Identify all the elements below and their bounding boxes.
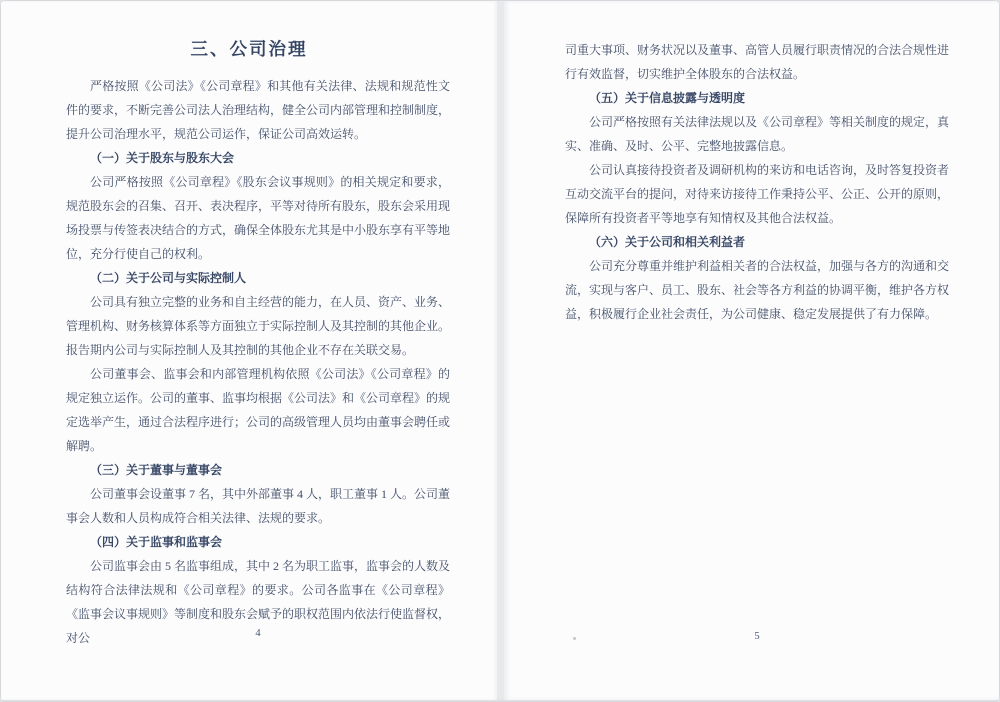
right-page-body: 司重大事项、财务状况以及董事、高管人员履行职责情况的合法合规性进行有效监督，切实… <box>565 38 949 326</box>
paragraph: 公司具有独立完整的业务和自主经营的能力，在人员、资产、业务、管理机构、财务核算体… <box>66 290 450 362</box>
paragraph: 严格按照《公司法》《公司章程》和其他有关法律、法规和规范性文件的要求，不断完善公… <box>66 74 450 146</box>
section-heading: （六）关于公司和相关利益者 <box>565 230 949 254</box>
left-page: 三、公司治理 严格按照《公司法》《公司章程》和其他有关法律、法规和规范性文件的要… <box>1 1 497 700</box>
paragraph: 公司严格按照有关法律法规以及《公司章程》等相关制度的规定，真实、准确、及时、公平… <box>565 110 949 158</box>
right-page-number: 5 <box>565 631 949 642</box>
section-heading: （一）关于股东与股东大会 <box>66 146 450 170</box>
scan-artifact-dot <box>73 637 76 640</box>
paragraph: 公司认真接待投资者及调研机构的来访和电话咨询，及时答复投资者互动交流平台的提问，… <box>565 158 949 230</box>
scan-artifact-dot <box>573 637 576 640</box>
section-heading: （二）关于公司与实际控制人 <box>66 266 450 290</box>
section-heading: （三）关于董事与董事会 <box>66 458 450 482</box>
paragraph: 公司董事会、监事会和内部管理机构依照《公司法》《公司章程》的规定独立运作。公司的… <box>66 362 450 458</box>
paragraph: 司重大事项、财务状况以及董事、高管人员履行职责情况的合法合规性进行有效监督，切实… <box>565 38 949 86</box>
document-viewer: 三、公司治理 严格按照《公司法》《公司章程》和其他有关法律、法规和规范性文件的要… <box>0 0 1000 702</box>
document-title: 三、公司治理 <box>1 36 497 61</box>
section-heading: （四）关于监事和监事会 <box>66 530 450 554</box>
left-page-body: 严格按照《公司法》《公司章程》和其他有关法律、法规和规范性文件的要求，不断完善公… <box>66 74 450 650</box>
paragraph: 公司董事会设董事 7 名，其中外部董事 4 人，职工董事 1 人。公司董事会人数… <box>66 482 450 530</box>
left-page-number: 4 <box>66 628 450 639</box>
paragraph: 公司充分尊重并维护利益相关者的合法权益，加强与各方的沟通和交流，实现与客户、员工… <box>565 254 949 326</box>
section-heading: （五）关于信息披露与透明度 <box>565 86 949 110</box>
right-page: 司重大事项、财务状况以及董事、高管人员履行职责情况的合法合规性进行有效监督，切实… <box>504 1 999 700</box>
paragraph: 公司严格按照《公司章程》《股东会议事规则》的相关规定和要求，规范股东会的召集、召… <box>66 170 450 266</box>
